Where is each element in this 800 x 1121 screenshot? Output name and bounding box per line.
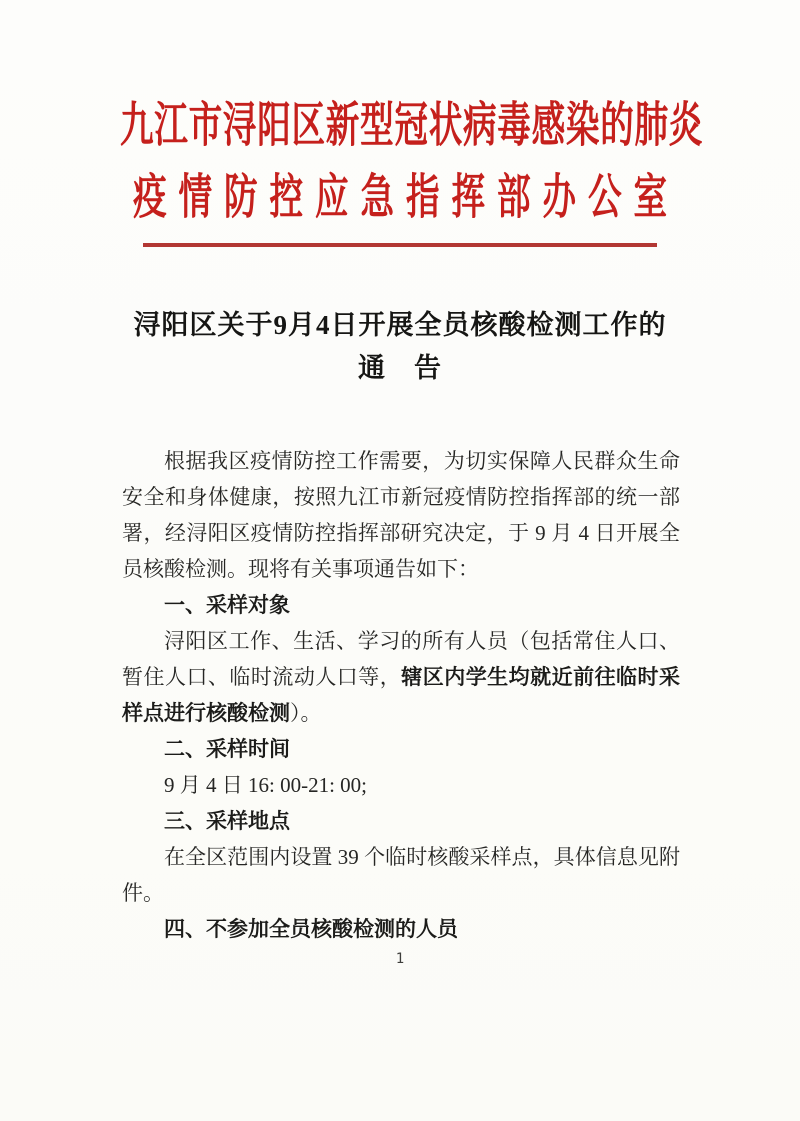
document-title: 浔阳区关于9月4日开展全员核酸检测工作的 通 告 bbox=[40, 304, 760, 390]
section-3-paragraph: 在全区范围内设置 39 个临时核酸采样点，具体信息见附件。 bbox=[122, 839, 680, 911]
page-number: 1 bbox=[396, 951, 404, 967]
section-1-text-tail: ）。 bbox=[290, 701, 322, 725]
letterhead-divider-rule bbox=[143, 243, 657, 247]
page-footer: 1 bbox=[0, 950, 800, 968]
document-title-line1: 浔阳区关于9月4日开展全员核酸检测工作的 bbox=[40, 304, 760, 347]
section-4-heading: 四、不参加全员核酸检测的人员 bbox=[122, 911, 680, 947]
section-2-paragraph: 9 月 4 日 16: 00-21: 00; bbox=[122, 767, 680, 803]
letterhead-line1: 九江市浔阳区新型冠状病毒感染的肺炎 bbox=[120, 90, 680, 162]
document-title-line2: 通 告 bbox=[40, 347, 760, 390]
section-3-heading: 三、采样地点 bbox=[122, 803, 680, 839]
document-page: 九江市浔阳区新型冠状病毒感染的肺炎 疫情防控应急指挥部办公室 浔阳区关于9月4日… bbox=[0, 0, 800, 1121]
letterhead-line2: 疫情防控应急指挥部办公室 bbox=[120, 162, 680, 234]
document-body: 根据我区疫情防控工作需要，为切实保障人民群众生命安全和身体健康，按照九江市新冠疫… bbox=[122, 443, 680, 947]
intro-paragraph: 根据我区疫情防控工作需要，为切实保障人民群众生命安全和身体健康，按照九江市新冠疫… bbox=[122, 443, 680, 587]
section-2-heading: 二、采样时间 bbox=[122, 731, 680, 767]
section-1-heading: 一、采样对象 bbox=[122, 587, 680, 623]
section-1-paragraph: 浔阳区工作、生活、学习的所有人员（包括常住人口、暂住人口、临时流动人口等，辖区内… bbox=[122, 623, 680, 731]
letterhead: 九江市浔阳区新型冠状病毒感染的肺炎 疫情防控应急指挥部办公室 bbox=[0, 0, 800, 234]
